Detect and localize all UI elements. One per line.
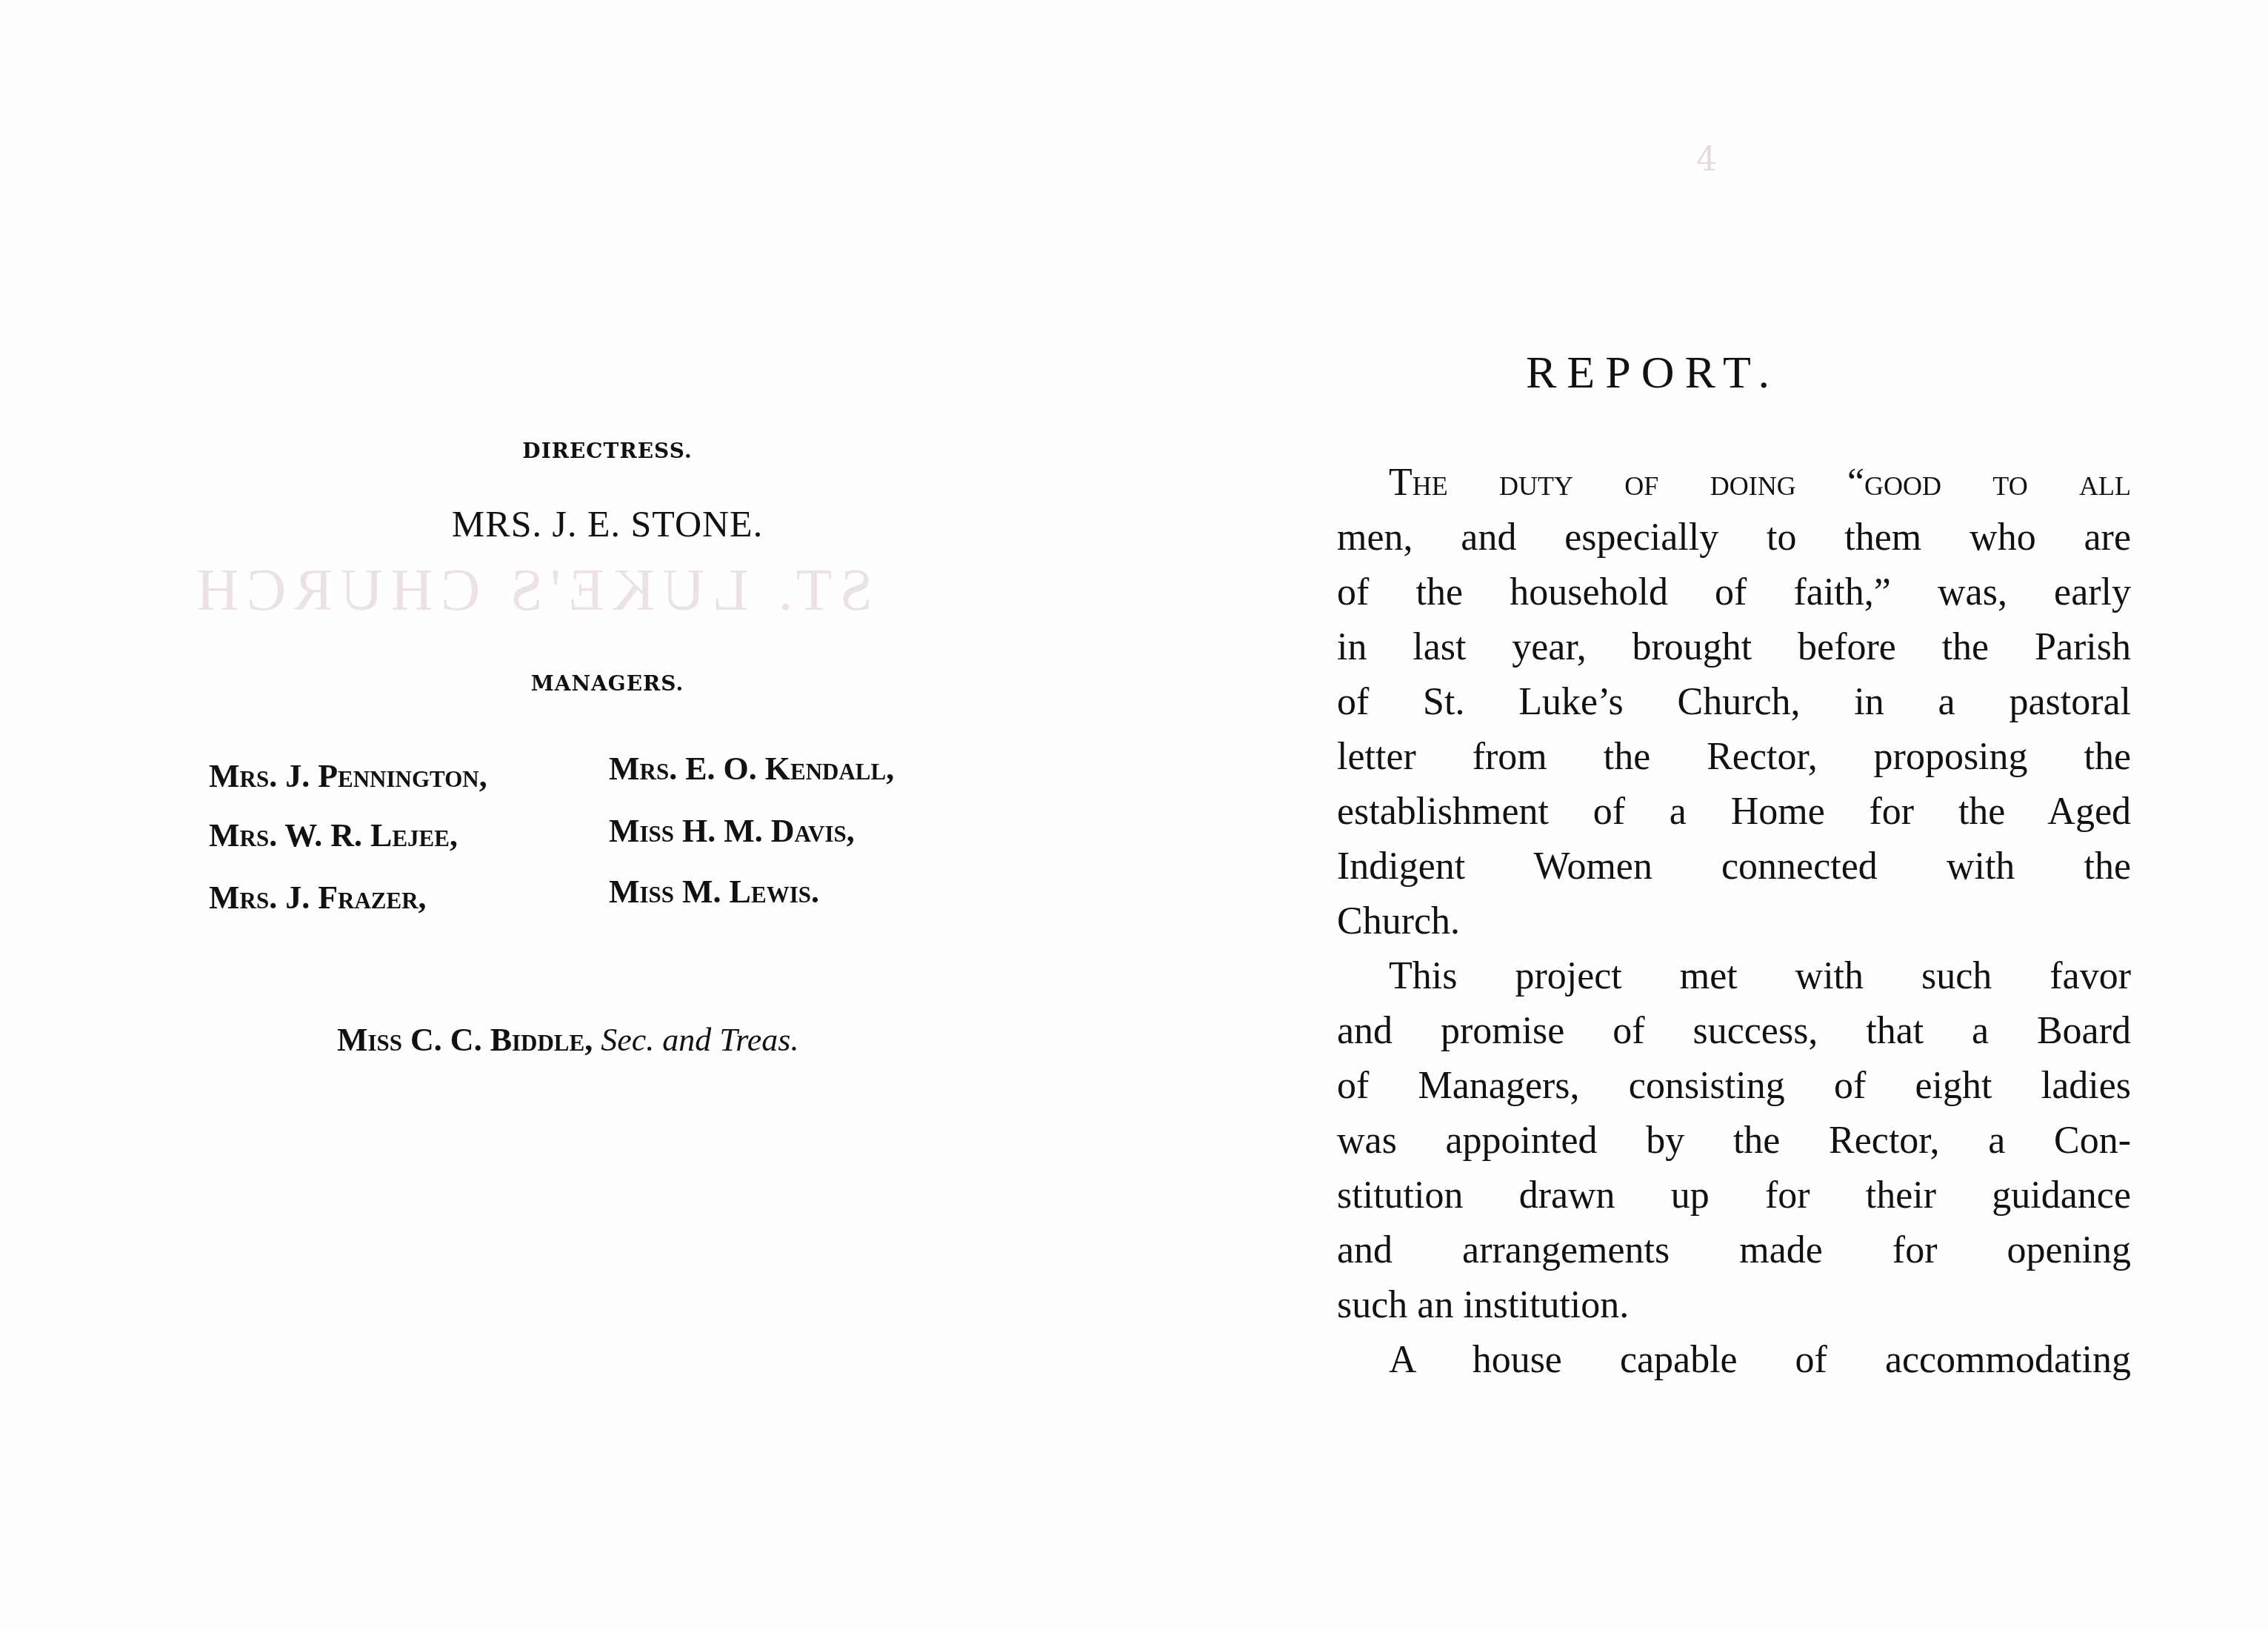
manager-name: Mrs. J. Frazer,	[209, 879, 427, 917]
body-line: letter from the Rector, proposing the	[1337, 730, 2131, 785]
body-line: Indigent Women connected with the	[1337, 839, 2131, 894]
body-line: in last year, brought before the Parish	[1337, 620, 2131, 675]
body-line: Church.	[1337, 894, 2131, 949]
directress-name: MRS. J. E. STONE.	[0, 502, 1215, 545]
manager-name: Mrs. E. O. Kendall,	[609, 750, 894, 788]
body-line: of the household of faith,” was, early	[1337, 565, 2131, 620]
body-line: was appointed by the Rector, a Con-	[1337, 1114, 2131, 1168]
directress-label: DIRECTRESS.	[0, 439, 1215, 463]
secretary-name: Miss C. C. Biddle,	[337, 1022, 593, 1058]
book-spread: ST. LUKE'S CHURCH DIRECTRESS. MRS. J. E.…	[0, 0, 2268, 1630]
secretary-title: Sec. and Treas.	[601, 1022, 798, 1058]
left-page: ST. LUKE'S CHURCH DIRECTRESS. MRS. J. E.…	[0, 0, 1134, 1630]
body-line: such an institution.	[1337, 1278, 2131, 1333]
managers-label: MANAGERS.	[0, 671, 1215, 696]
body-line: of Managers, consisting of eight ladies	[1337, 1059, 2131, 1114]
manager-name: Miss H. M. Davis,	[609, 812, 855, 850]
body-line: This project met with such favor	[1337, 949, 2131, 1004]
report-body: The duty of doing “good to all men, and …	[1337, 456, 2131, 1388]
bleed-through-page-number: 4	[1696, 141, 1717, 179]
body-line: men, and especially to them who are	[1337, 510, 2131, 565]
report-heading: REPORT.	[1526, 347, 1780, 399]
secretary-line: Miss C. C. Biddle, Sec. and Treas.	[337, 1021, 798, 1059]
manager-name: Miss M. Lewis.	[609, 873, 819, 911]
body-line: The duty of doing “good to all	[1337, 456, 2131, 510]
body-line: and arrangements made for opening	[1337, 1223, 2131, 1278]
manager-name: Mrs. J. Pennington,	[209, 757, 487, 795]
bleed-through-title: ST. LUKE'S CHURCH	[189, 557, 873, 625]
body-line: of St. Luke’s Church, in a pastoral	[1337, 675, 2131, 730]
body-line: and promise of success, that a Board	[1337, 1004, 2131, 1059]
manager-name: Mrs. W. R. Lejee,	[209, 816, 458, 854]
body-line-text: The duty of doing “good to all	[1389, 462, 2131, 504]
body-line: stitution drawn up for their guidance	[1337, 1168, 2131, 1223]
body-line: A house capable of accommodating	[1337, 1333, 2131, 1388]
body-line: establishment of a Home for the Aged	[1337, 785, 2131, 839]
